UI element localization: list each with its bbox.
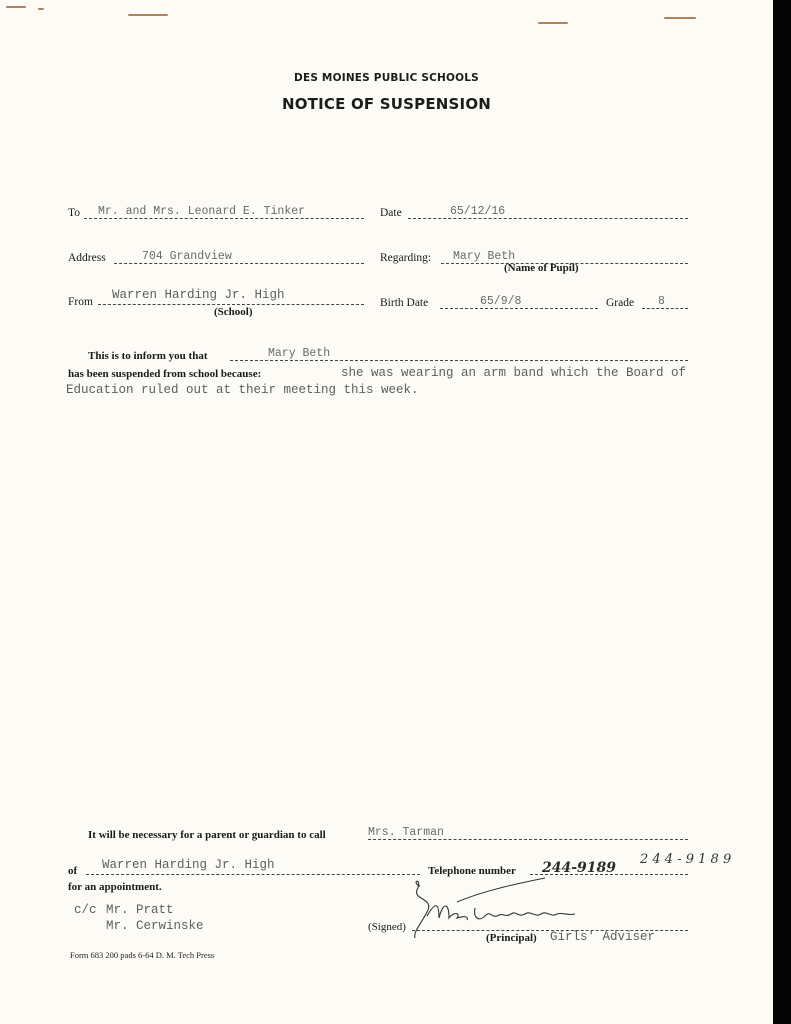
cc-label: c/c — [74, 903, 97, 917]
paper-stain — [664, 17, 696, 19]
date-label: Date — [380, 207, 402, 219]
grade-field[interactable]: 8 — [642, 294, 688, 309]
grade-value: 8 — [658, 295, 665, 308]
paper-stain — [38, 8, 44, 10]
address-label: Address — [68, 252, 106, 264]
reason-label: has been suspended from school because: — [68, 368, 261, 380]
birth-date-label: Birth Date — [380, 297, 428, 309]
of-value: Warren Harding Jr. High — [102, 858, 275, 872]
paper-stain — [128, 14, 168, 16]
cc-recipient: Mr. Pratt — [106, 903, 174, 917]
scan-edge — [773, 0, 791, 1024]
document-page: DES MOINES PUBLIC SCHOOLS NOTICE OF SUSP… — [0, 0, 773, 1024]
regarding-label: Regarding: — [380, 252, 431, 264]
phone-handwritten-note: 2 4 4 - 9 1 8 9 — [640, 852, 731, 867]
call-field[interactable]: Mrs. Tarman — [368, 825, 688, 840]
document-title: NOTICE OF SUSPENSION — [0, 95, 773, 113]
date-value: 65/12/16 — [450, 205, 505, 218]
of-field[interactable]: Warren Harding Jr. High — [86, 858, 420, 875]
to-field[interactable]: Mr. and Mrs. Leonard E. Tinker — [84, 204, 364, 219]
cc-recipient: Mr. Cerwinske — [106, 919, 204, 933]
call-label: It will be necessary for a parent or gua… — [88, 829, 326, 841]
address-value: 704 Grandview — [142, 250, 232, 263]
from-label: From — [68, 296, 93, 308]
form-footer: Form 683 200 pads 6-64 D. M. Tech Press — [70, 950, 214, 960]
pupil-name-caption: (Name of Pupil) — [504, 262, 579, 274]
suspended-pupil-field[interactable]: Mary Beth — [230, 346, 688, 361]
appointment-label: for an appointment. — [68, 881, 162, 893]
to-value: Mr. and Mrs. Leonard E. Tinker — [98, 205, 305, 218]
from-value: Warren Harding Jr. High — [112, 288, 285, 302]
birth-date-value: 65/9/8 — [480, 295, 521, 308]
reason-line-2: Education ruled out at their meeting thi… — [66, 383, 419, 397]
paper-stain — [538, 22, 568, 24]
signed-label: (Signed) — [368, 921, 406, 933]
date-field[interactable]: 65/12/16 — [408, 204, 688, 219]
suspended-pupil-value: Mary Beth — [268, 347, 330, 360]
school-caption: (School) — [214, 306, 253, 318]
call-value: Mrs. Tarman — [368, 826, 444, 839]
reason-line-1: she was wearing an arm band which the Bo… — [341, 366, 686, 380]
grade-label: Grade — [606, 297, 634, 309]
organization-name: DES MOINES PUBLIC SCHOOLS — [0, 72, 773, 84]
from-field[interactable]: Warren Harding Jr. High — [98, 288, 364, 305]
to-label: To — [68, 207, 80, 219]
address-field[interactable]: 704 Grandview — [114, 249, 364, 264]
paper-stain — [6, 6, 26, 8]
birth-date-field[interactable]: 65/9/8 — [440, 294, 598, 309]
signer-title: Girls' Adviser — [550, 930, 655, 944]
inform-label: This is to inform you that — [88, 350, 208, 362]
principal-title-struck: (Principal) — [486, 932, 537, 944]
of-label: of — [68, 865, 77, 877]
